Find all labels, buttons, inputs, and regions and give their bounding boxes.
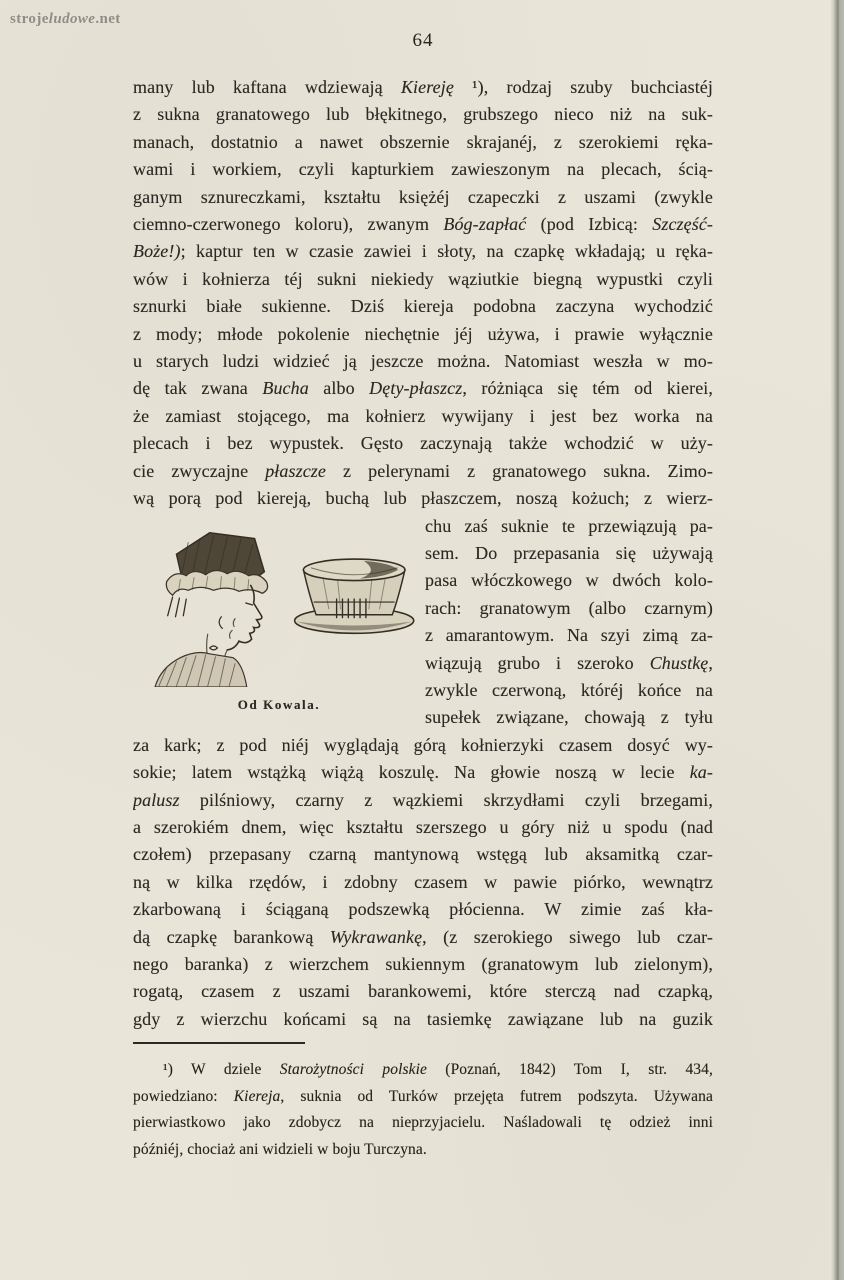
text-line: wiązują grubo i szeroko Chustkę,: [425, 650, 713, 677]
paragraph-top: many lub kaftana wdziewają Kiereję ¹), r…: [133, 74, 713, 513]
text-line: gdy z wierzchu końcami są na tasiemkę za…: [133, 1006, 713, 1033]
text-line: palusz pilśniowy, czarny z wązkiemi skrz…: [133, 787, 713, 814]
text-line: wów i kołnierza téj sukni niekiedy wąziu…: [133, 266, 713, 293]
text-line: sokie; latem wstążką wiążą koszulę. Na g…: [133, 759, 713, 786]
text-line: chu zaś suknie te przewiązują pa-: [425, 513, 713, 540]
text-line: z mody; młode pokolenie niechętnie jéj u…: [133, 321, 713, 348]
page-edge: [830, 0, 844, 1280]
figure-od-kowala: Od Kowala.: [133, 513, 425, 718]
figure-caption: Od Kowala.: [133, 691, 425, 718]
text-line: dę tak zwana Bucha albo Dęty-płaszcz, ró…: [133, 375, 713, 402]
text-line: pierwiastkowo jako zdobycz na nieprzyjac…: [133, 1110, 713, 1137]
text-line: zwykle czerwoną, któréj końce na: [425, 677, 713, 704]
text-line: powiedziano: Kiereja, suknia od Turków p…: [133, 1084, 713, 1111]
engraving-man-in-fur-cap-and-hat-illustration: [137, 521, 421, 687]
text-line: ciemno-czerwonego koloru), zwanym Bóg-za…: [133, 211, 713, 238]
text-line: że zamiast stojącego, ma kołnierz wywija…: [133, 403, 713, 430]
watermark-part-regular: stroje: [10, 11, 49, 27]
text-line: plecach i bez wypustek. Gęsto zaczynają …: [133, 430, 713, 457]
text-line: za kark; z pod niéj wyglądają górą kołni…: [133, 732, 713, 759]
paragraph-bottom: za kark; z pod niéj wyglądają górą kołni…: [133, 732, 713, 1033]
text-line: sznurki białe sukienne. Dziś kiereja pod…: [133, 293, 713, 320]
text-line: a szerokiém dnem, więc kształtu szerszeg…: [133, 814, 713, 841]
text-line: u starych ludzi widzieć ją jeszcze można…: [133, 348, 713, 375]
text-line: Boże!); kaptur ten w czasie zawiei i sło…: [133, 238, 713, 265]
text-line: rogatą, czasem z uszami barankowemi, któ…: [133, 978, 713, 1005]
text-line: cie zwyczajne płaszcze z pelerynami z gr…: [133, 458, 713, 485]
text-line: późniéj, chociaż ani widzieli w boju Tur…: [133, 1137, 713, 1164]
footnote-separator: [133, 1042, 305, 1044]
text-line: nego baranka) z wierzchem sukiennym (gra…: [133, 951, 713, 978]
text-line: z amarantowym. Na szyi zimą za-: [425, 622, 713, 649]
book-page-scan: strojeludowe.net 64 many lub kaftana wdz…: [0, 0, 844, 1280]
text-line: z sukna granatowego lub błękitnego, grub…: [133, 101, 713, 128]
text-line: rach: granatowym (albo czarnym): [425, 595, 713, 622]
engraving-profile-head-in-fur-cap: [155, 532, 268, 686]
text-line: sem. Do przepasania się używają: [425, 540, 713, 567]
watermark: strojeludowe.net: [10, 11, 121, 28]
text-line: ganym sznureczkami, kształtu księżéj cza…: [133, 184, 713, 211]
text-line: pasa włóczkowego w dwóch kolo-: [425, 567, 713, 594]
engraving-hat: [295, 559, 414, 633]
text-line: many lub kaftana wdziewają Kiereję ¹), r…: [133, 74, 713, 101]
watermark-part-italic: ludowe: [49, 11, 96, 27]
footnote: ¹) W dziele Starożytności polskie (Pozna…: [133, 1057, 713, 1163]
text-line: czołem) przepasany czarną mantynową wstę…: [133, 841, 713, 868]
figure-row: Od Kowala. chu zaś suknie te przewiązują…: [133, 513, 713, 732]
text-line: dą czapkę barankową Wykrawankę, (z szero…: [133, 924, 713, 951]
text-line: manach, dostatnio a nawet obszernie skra…: [133, 129, 713, 156]
text-line: supełek związane, chowają z tyłu: [425, 704, 713, 731]
text-line: ¹) W dziele Starożytności polskie (Pozna…: [133, 1057, 713, 1084]
text-line: wą porą pod kiereją, buchą lub płaszczem…: [133, 485, 713, 512]
watermark-part-suffix: .net: [95, 11, 120, 27]
page-number: 64: [133, 30, 713, 52]
text-line: wami i workiem, czyli kapturkiem zawiesz…: [133, 156, 713, 183]
figure-side-text: chu zaś suknie te przewiązują pa-sem. Do…: [425, 513, 713, 732]
text-line: zkarbowaną i ściąganą podszewką płócienn…: [133, 896, 713, 923]
text-line: ną w kilka rzędów, i zdobny czasem w paw…: [133, 869, 713, 896]
text-column: many lub kaftana wdziewają Kiereję ¹), r…: [133, 74, 713, 1163]
